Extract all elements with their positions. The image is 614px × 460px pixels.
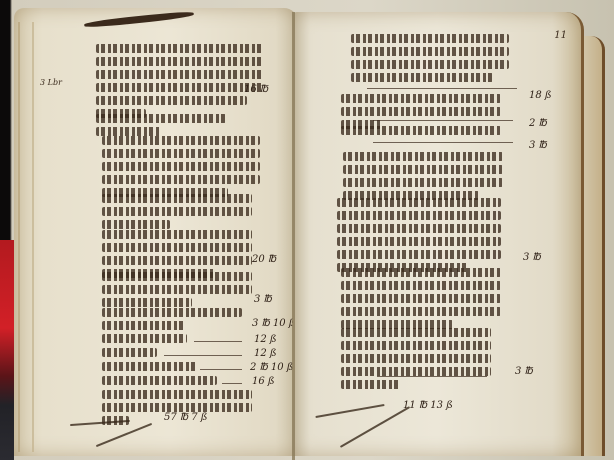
entry-r3	[341, 126, 501, 139]
amount-11: 16 ß	[252, 376, 275, 387]
amount-r3: 3 ℔	[529, 140, 547, 151]
entry-3	[102, 136, 260, 201]
right-folio: 11 18 ß 2 ℔ 3 ℔ 3 ℔ 3 ℔	[293, 12, 584, 456]
folio-number: 11	[554, 30, 567, 41]
amount-10: 2 ℔ 10 ß	[250, 362, 293, 373]
entry-8	[102, 334, 187, 347]
amount-7: 3 ℔ 10 ß	[252, 318, 295, 329]
entry-12	[102, 390, 252, 429]
left-total: 57 ℔ 7 ß	[164, 412, 207, 423]
entry-r4	[343, 152, 503, 204]
entry-4	[102, 194, 252, 233]
amount-r5: 3 ℔	[523, 252, 541, 263]
entry-10	[102, 362, 197, 375]
amount-9: 12 ß	[254, 348, 277, 359]
entry-r7	[341, 328, 491, 393]
entry-11	[102, 376, 217, 389]
photo-background: 3 Lbr 16 ℔ 20 ℔ 3 ℔ 3 ℔ 10 ß 12	[0, 0, 614, 460]
right-total: 11 ℔ 13 ß	[403, 400, 453, 411]
amount-1: 16 ℔	[244, 84, 268, 95]
amount-8: 12 ß	[254, 334, 277, 345]
entry-r1	[351, 34, 509, 86]
amount-6: 3 ℔	[254, 294, 272, 305]
amount-5: 20 ℔	[252, 254, 276, 265]
amount-r7: 3 ℔	[515, 366, 533, 377]
torn-edge	[84, 10, 194, 28]
margin-note: 3 Lbr	[40, 78, 62, 87]
entry-1	[96, 44, 264, 122]
entry-r6	[341, 268, 501, 333]
entry-6	[102, 272, 252, 311]
amount-r2: 2 ℔	[529, 118, 547, 129]
entry-r5	[337, 198, 501, 276]
entry-7	[102, 308, 242, 334]
left-folio: 3 Lbr 16 ℔ 20 ℔ 3 ℔ 3 ℔ 10 ß 12	[14, 8, 298, 456]
entry-9	[102, 348, 157, 361]
red-cloth	[0, 240, 14, 460]
amount-r1: 18 ß	[529, 90, 552, 101]
book-gutter	[292, 12, 295, 460]
